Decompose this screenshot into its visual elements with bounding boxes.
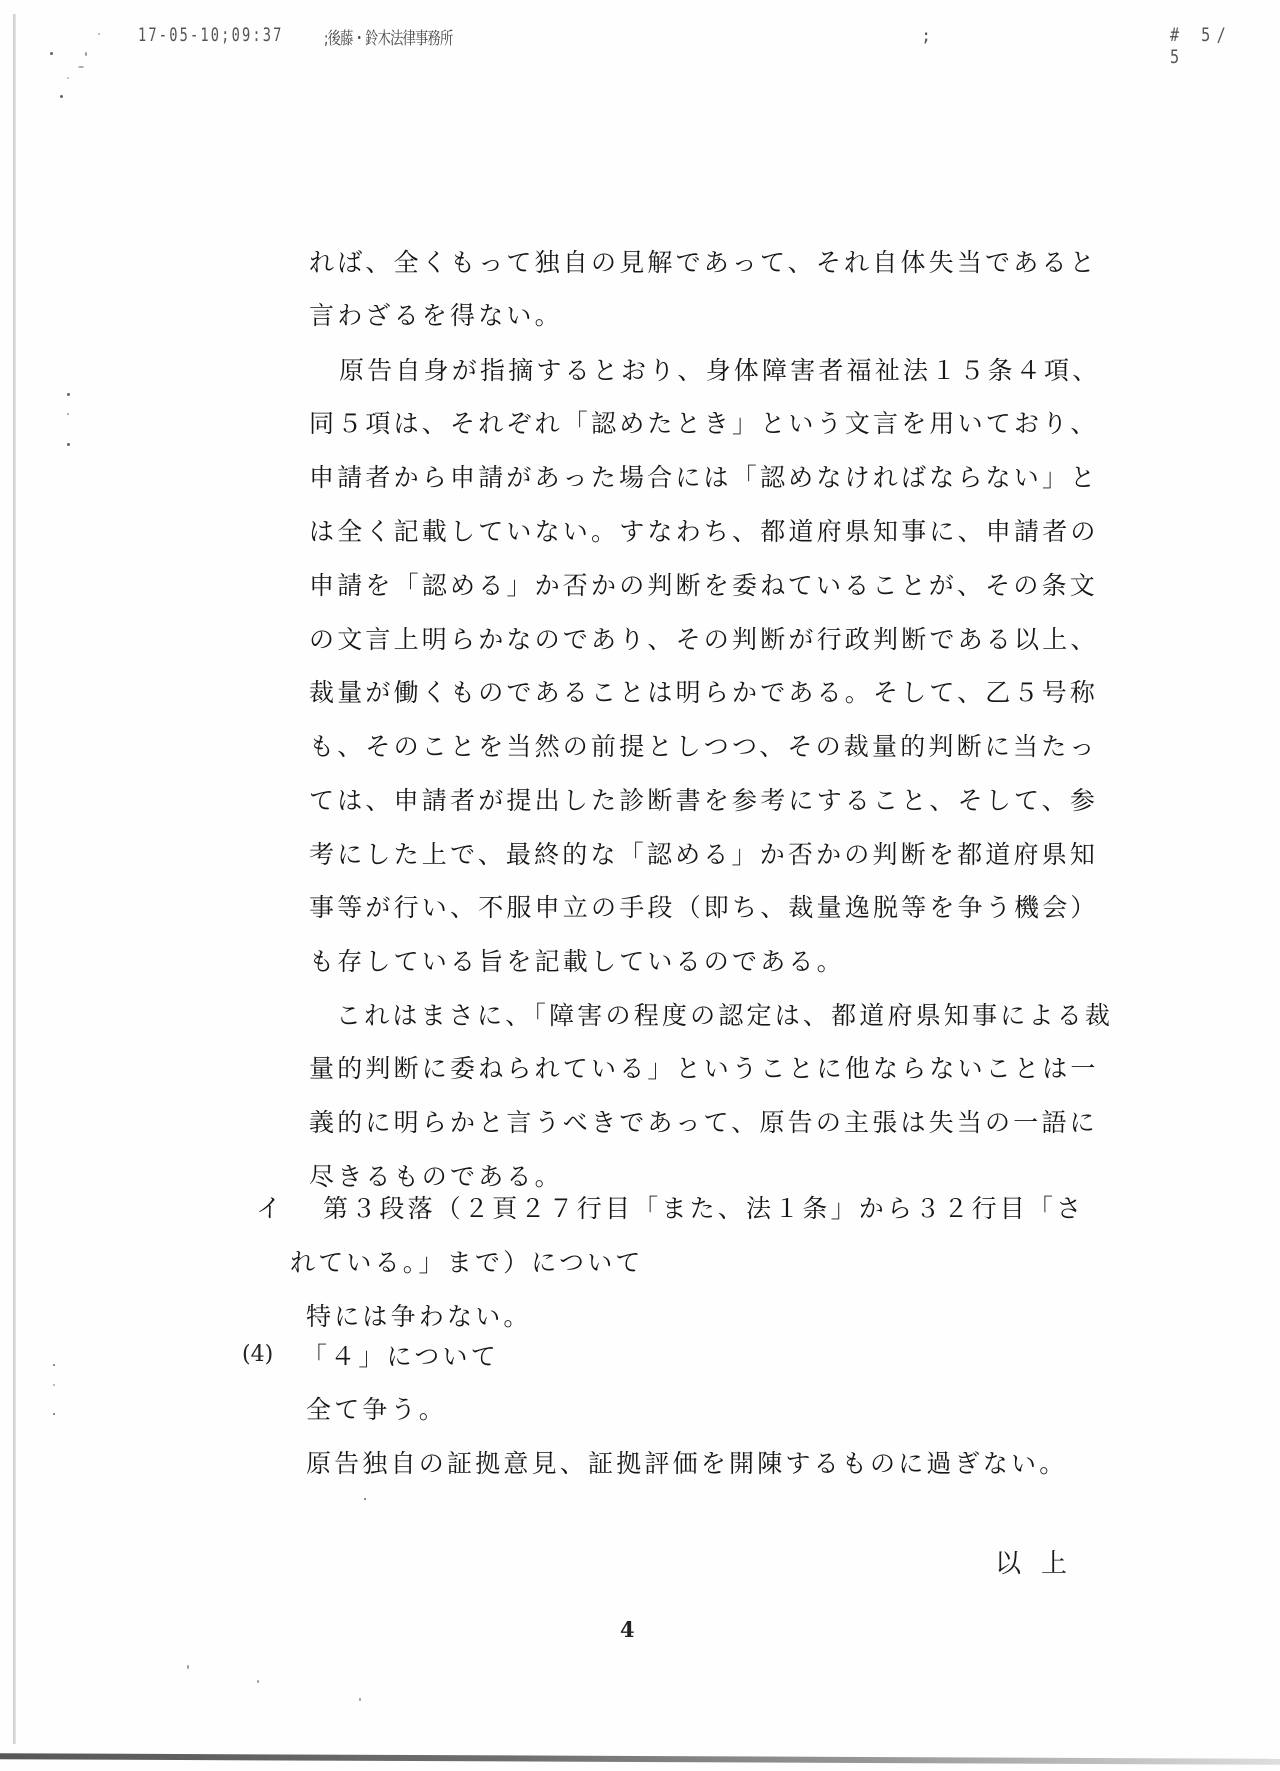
section-i-body: 特には争わない。 xyxy=(306,1301,532,1333)
closing-mark: 以上 xyxy=(995,1543,1087,1580)
paragraph-line: 量的判断に委ねられている」ということに他ならないことは一 xyxy=(309,1053,1099,1085)
paragraph-line: 尽きるものである。 xyxy=(309,1161,563,1193)
paragraph-line: 申請を「認める」か否かの判断を委ねていることが、その条文 xyxy=(309,570,1098,602)
section-4-heading: 「４」について xyxy=(302,1341,499,1373)
paragraph-line: 義的に明らかと言うべきであって、原告の主張は失当の一語に xyxy=(309,1107,1098,1139)
paragraph-line: 考にした上で、最終的な「認める」か否かの判断を都道府県知 xyxy=(309,839,1098,871)
fax-separator: ; xyxy=(921,26,934,46)
paragraph-line: 言わざるを得ない。 xyxy=(309,300,563,332)
paragraph-line: これはまさに、「障害の程度の認定は、都道府県知事による裁 xyxy=(336,1000,1113,1032)
fax-timestamp: 17-05-10;09:37 xyxy=(138,24,284,46)
section-i-heading-cont: れている。」まで）について xyxy=(290,1247,644,1279)
fax-page-indicator: # 5/ 5 xyxy=(1170,24,1258,68)
paragraph-line: ては、申請者が提出した診断書を参考にすること、そして、参 xyxy=(309,785,1098,817)
page-number: 4 xyxy=(620,1617,635,1642)
document-page: 17-05-10;09:37 ;後藤・鈴木法律事務所 ; # 5/ 5 れば、全… xyxy=(0,0,1280,1771)
section-i-heading: 第３段落（２頁２７行目「また、法１条」から３２行目「さ xyxy=(323,1193,1084,1225)
scan-left-edge xyxy=(13,14,16,1744)
section-4-marker: (4) xyxy=(242,1342,273,1367)
paragraph-line: も存している旨を記載しているのである。 xyxy=(309,946,845,978)
paragraph-line: 申請者から申請があった場合には「認めなければならない」と xyxy=(309,462,1098,494)
section-4-body: 全て争う。 xyxy=(306,1394,447,1426)
scan-bottom-edge xyxy=(0,1753,1280,1765)
paragraph-line: 事等が行い、不服申立の手段（即ち、裁量逸脱等を争う機会） xyxy=(309,892,1099,924)
paragraph-line: も、そのことを当然の前提としつつ、その裁量的判断に当たっ xyxy=(309,731,1098,763)
paragraph-line: の文言上明らかなのであり、その判断が行政判断である以上、 xyxy=(309,624,1099,656)
section-4-body: 原告独自の証拠意見、証拠評価を開陳するものに過ぎない。 xyxy=(306,1448,1067,1480)
paragraph-line: 裁量が働くものであることは明らかである。そして、乙５号称 xyxy=(309,677,1098,709)
paragraph-line: れば、全くもって独自の見解であって、それ自体失当であると xyxy=(309,247,1098,279)
paragraph-line: は全く記載していない。すなわち、都道府県知事に、申請者の xyxy=(309,516,1099,548)
paragraph-line: 原告自身が指摘するとおり、身体障害者福祉法１５条４項、 xyxy=(339,355,1100,387)
paragraph-line: 同５項は、それぞれ「認めたとき」という文言を用いており、 xyxy=(309,408,1099,440)
fax-sender: ;後藤・鈴木法律事務所 xyxy=(324,24,452,49)
fax-header: 17-05-10;09:37 ;後藤・鈴木法律事務所 ; # 5/ 5 xyxy=(0,24,1280,54)
section-i-marker: イ xyxy=(256,1193,284,1225)
